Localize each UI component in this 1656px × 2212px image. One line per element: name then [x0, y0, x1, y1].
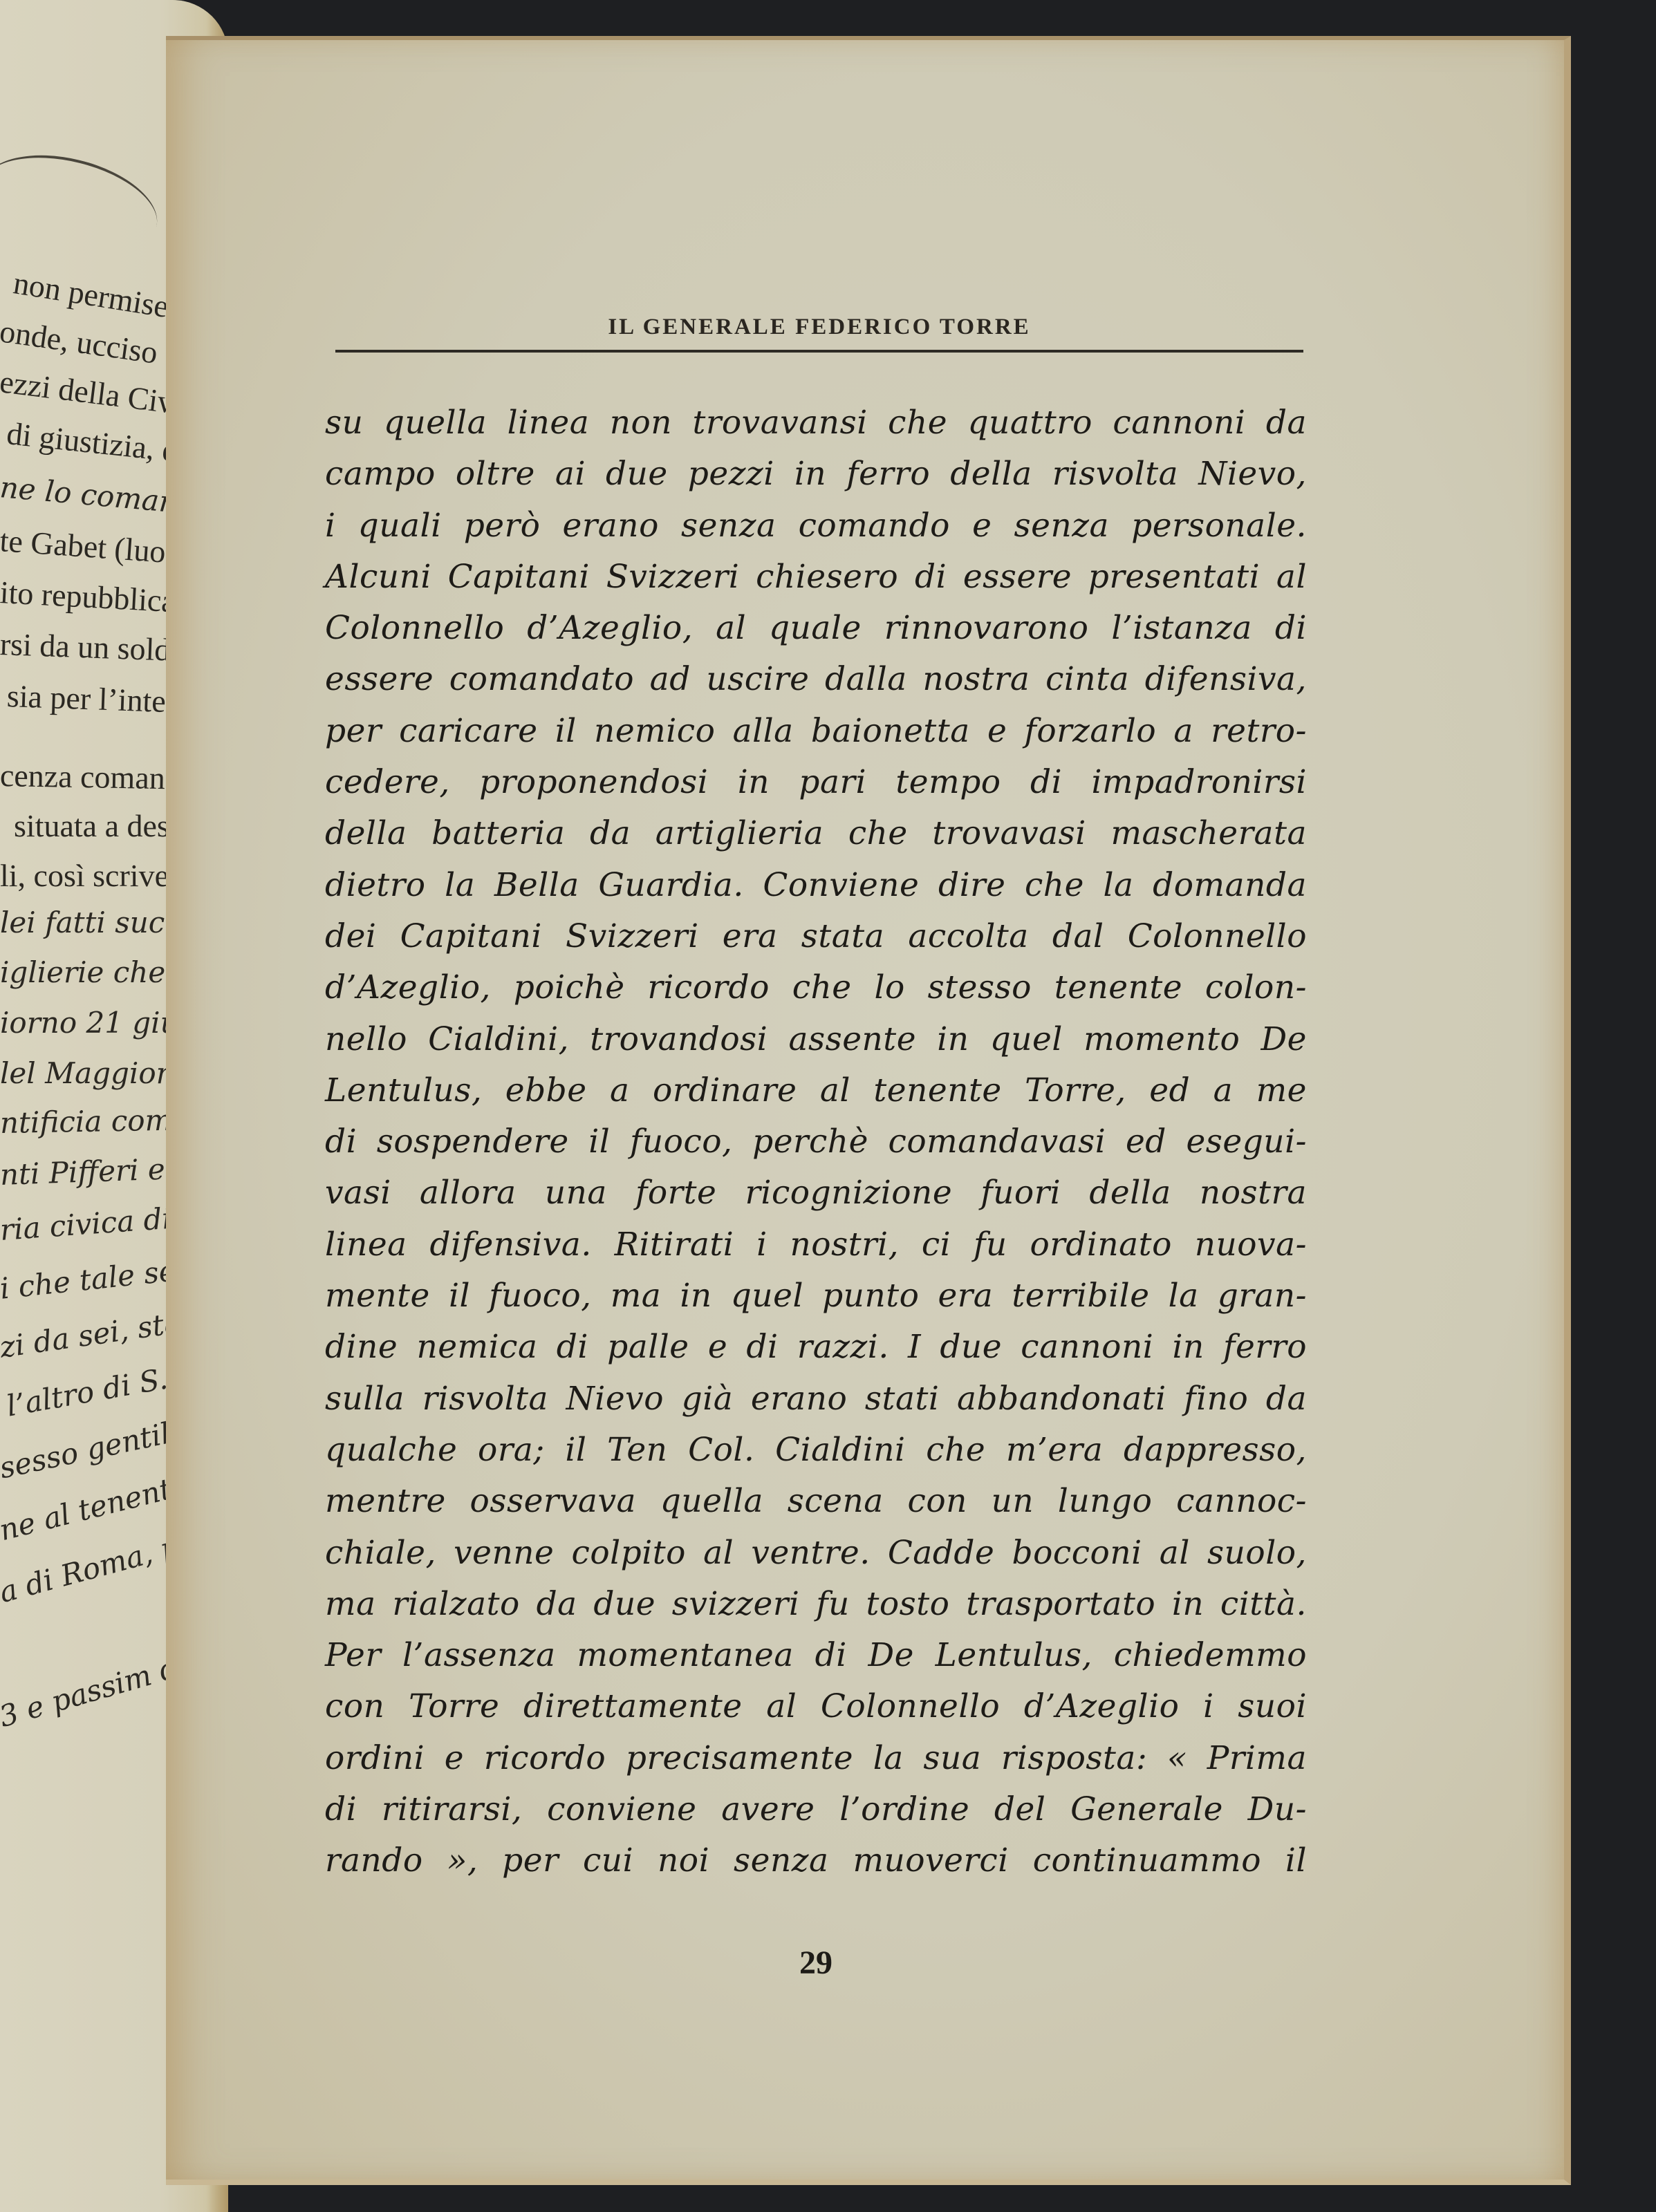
text-line: ma rialzato da due svizzeri fu tosto tra…	[325, 1579, 1307, 1630]
body-text: su quella linea non trovavansi che quatt…	[325, 397, 1307, 1887]
text-line: mentre osservava quella scena con un lun…	[325, 1476, 1307, 1527]
text-line: di sospendere il fuoco, perchè comandava…	[325, 1116, 1307, 1168]
text-line: dei Capitani Svizzeri era stata accolta …	[325, 911, 1307, 962]
text-line: essere comandato ad uscire dalla nostra …	[325, 654, 1307, 705]
text-line: linea difensiva. Ritirati i nostri, ci f…	[325, 1219, 1307, 1271]
text-line: per caricare il nemico alla baionetta e …	[325, 706, 1307, 757]
text-line: chiale, venne colpito al ventre. Cadde b…	[325, 1528, 1307, 1579]
text-line: rando », per cui noi senza muoverci cont…	[325, 1835, 1307, 1886]
text-line: con Torre direttamente al Colonnello d’A…	[325, 1681, 1307, 1732]
text-line: qualche ora; il Ten Col. Cialdini che m’…	[325, 1425, 1307, 1476]
text-line: sulla risvolta Nievo già erano stati abb…	[325, 1374, 1307, 1425]
page-number: 29	[774, 1944, 857, 1982]
text-line: Lentulus, ebbe a ordinare al tenente Tor…	[325, 1065, 1307, 1116]
text-line: ordini e ricordo precisamente la sua ris…	[325, 1733, 1307, 1784]
text-line: dine nemica di palle e di razzi. I due c…	[325, 1322, 1307, 1373]
text-line: vasi allora una forte ricognizione fuori…	[325, 1168, 1307, 1219]
text-line: mente il fuoco, ma in quel punto era ter…	[325, 1271, 1307, 1322]
text-line: Per l’assenza momentanea di De Lentulus,…	[325, 1630, 1307, 1681]
running-head: IL GENERALE FEDERICO TORRE	[335, 315, 1303, 340]
text-line: nello Cialdini, trovandosi assente in qu…	[325, 1014, 1307, 1065]
text-line: campo oltre ai due pezzi in ferro della …	[325, 449, 1307, 500]
text-line: cedere, proponendosi in pari tempo di im…	[325, 757, 1307, 808]
text-line: Colonnello d’Azeglio, al quale rinnovaro…	[325, 603, 1307, 654]
text-line: i quali però erano senza comando e senza…	[325, 500, 1307, 552]
text-line: dietro la Bella Guardia. Conviene dire c…	[325, 860, 1307, 911]
text-line: di ritirarsi, conviene avere l’ordine de…	[325, 1784, 1307, 1835]
text-line: della batteria da artiglieria che trovav…	[325, 808, 1307, 859]
text-line: d’Azeglio, poichè ricordo che lo stesso …	[325, 962, 1307, 1013]
header-rule	[335, 350, 1303, 353]
left-page-header-rule	[0, 139, 167, 272]
text-line: Alcuni Capitani Svizzeri chiesero di ess…	[325, 552, 1307, 603]
text-line: su quella linea non trovavansi che quatt…	[325, 397, 1307, 449]
